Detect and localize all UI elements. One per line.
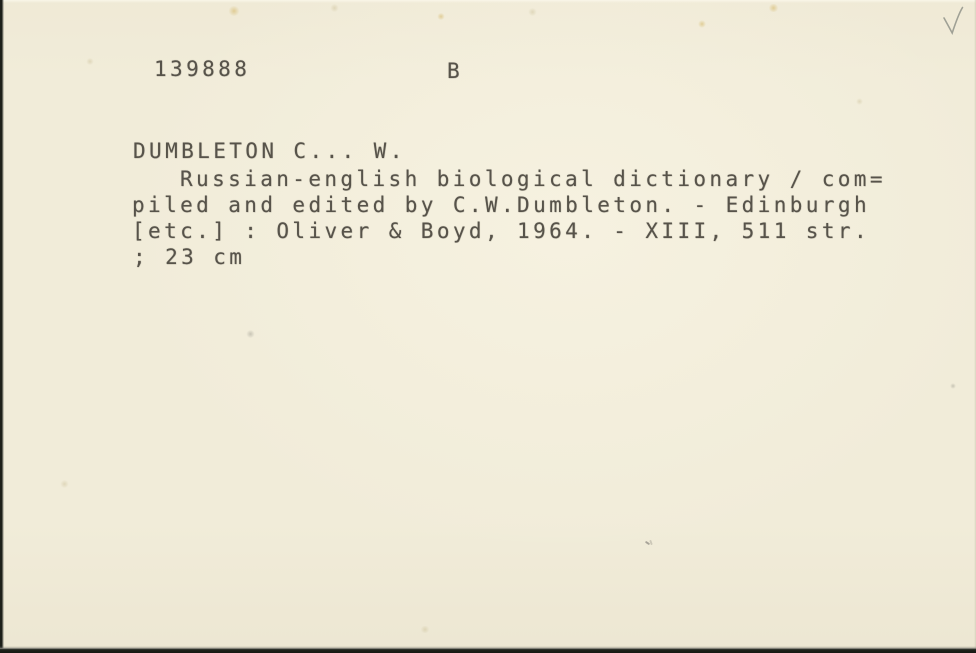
- paper-stain: [528, 8, 537, 16]
- paper-stain: [768, 4, 779, 12]
- paper-stain: [437, 13, 445, 20]
- author-heading: DUMBLETON C... W.: [133, 141, 406, 162]
- paper-stain: [86, 58, 94, 65]
- scan-edge-bottom: [0, 646, 976, 653]
- call-number: 139888: [154, 59, 250, 80]
- catalog-card: 139888 B DUMBLETON C... W. Russian-engli…: [0, 0, 976, 653]
- paper-stain: [950, 383, 956, 389]
- paper-stain: [228, 6, 240, 16]
- paper-stain: [60, 480, 69, 488]
- paper-stain: [698, 20, 706, 28]
- description-line-4: ; 23 cm: [133, 247, 245, 268]
- paper-stain: [856, 98, 863, 105]
- scan-edge-top: [0, 0, 976, 3]
- pencil-checkmark-icon: [941, 4, 967, 40]
- paper-stain: [330, 4, 339, 12]
- description-line-2: piled and edited by C.W.Dumbleton. - Edi…: [132, 195, 870, 216]
- classification-letter: B: [447, 61, 463, 82]
- description-line-1: Russian-english biological dictionary / …: [180, 169, 886, 190]
- scan-edge-left: [0, 0, 4, 653]
- paper-stain: [246, 330, 255, 338]
- pencil-smudge: [644, 540, 656, 552]
- paper-stain: [420, 626, 430, 633]
- description-line-3: [etc.] : Oliver & Boyd, 1964. - XIII, 51…: [132, 221, 870, 242]
